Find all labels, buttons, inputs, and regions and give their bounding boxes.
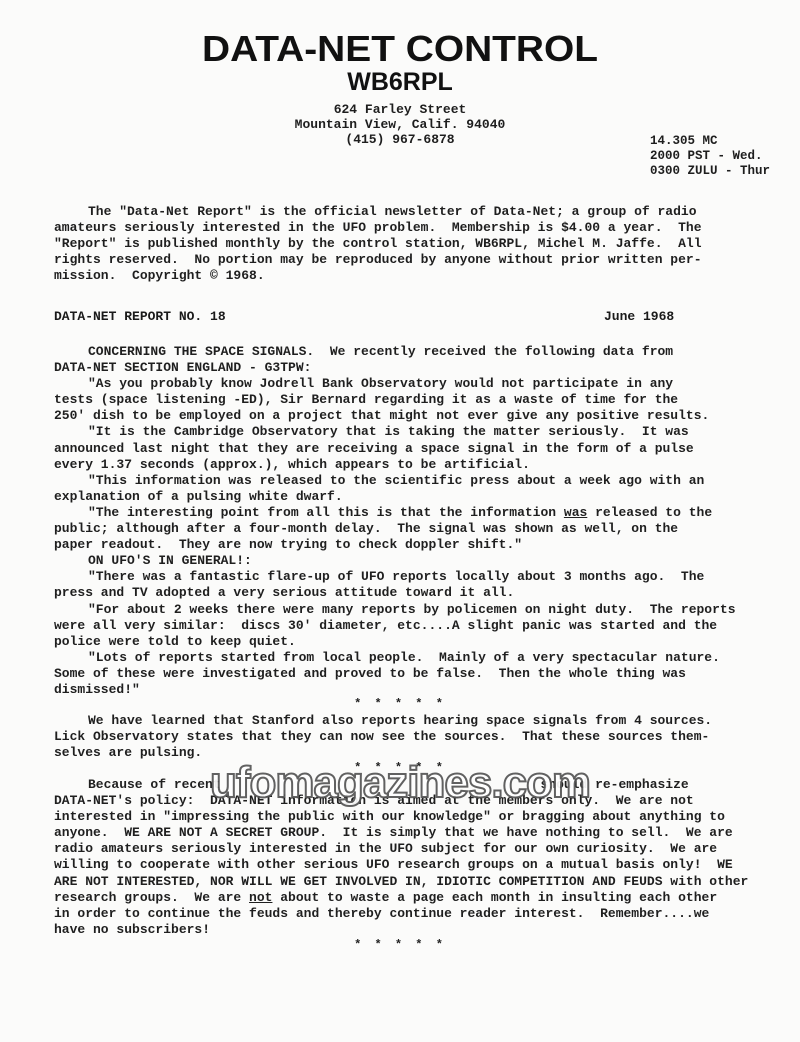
masthead-callsign: WB6RPL [0,68,800,97]
text-line: ON UFO'S IN GENERAL!: [54,553,754,569]
text-line: were all very similar: discs 30' diamete… [54,618,754,634]
report-number: DATA-NET REPORT NO. 18 [54,309,226,324]
text-line: press and TV adopted a very serious atti… [54,585,754,601]
text-line: police were told to keep quiet. [54,634,754,650]
text-line: Lick Observatory states that they can no… [54,729,754,745]
text-line: "It is the Cambridge Observatory that is… [54,424,754,440]
text-line: DATA-NET SECTION ENGLAND - G3TPW: [54,360,754,376]
schedule-frequency: 14.305 MC [650,134,770,149]
intro-line: The "Data-Net Report" is the official ne… [54,204,754,220]
text-line: announced last night that they are recei… [54,441,754,457]
intro-line: mission. Copyright © 1968. [54,268,754,284]
text-line: "As you probably know Jodrell Bank Obser… [54,376,754,392]
text-line: "There was a fantastic flare-up of UFO r… [54,569,754,585]
masthead-title: DATA-NET CONTROL [0,28,800,70]
separator: * * * * * [0,938,800,952]
net-schedule: 14.305 MC 2000 PST - Wed. 0300 ZULU - Th… [650,134,770,179]
text-line: ARE NOT INTERESTED, NOR WILL WE GET INVO… [54,874,754,890]
address-city: Mountain View, Calif. 94040 [0,117,800,132]
report-date: June 1968 [604,309,674,324]
text-line: research groups. We are not about to was… [54,890,754,906]
text-line: public; although after a four-month dela… [54,521,754,537]
text-line: every 1.37 seconds (approx.), which appe… [54,457,754,473]
intro-line: amateurs seriously interested in the UFO… [54,220,754,236]
space-signals-section: CONCERNING THE SPACE SIGNALS. We recentl… [54,344,754,698]
intro-line: "Report" is published monthly by the con… [54,236,754,252]
schedule-zulu: 0300 ZULU - Thur [650,164,770,179]
text-line: "For about 2 weeks there were many repor… [54,602,754,618]
text-line: "The interesting point from all this is … [54,505,754,521]
text-line: CONCERNING THE SPACE SIGNALS. We recentl… [54,344,754,360]
text-line: anyone. WE ARE NOT A SECRET GROUP. It is… [54,825,754,841]
underlined-word: was [564,505,587,520]
text-line: radio amateurs seriously interested in t… [54,841,754,857]
text-line: We have learned that Stanford also repor… [54,713,754,729]
text-line: in order to continue the feuds and there… [54,906,754,922]
text-line: tests (space listening -ED), Sir Bernard… [54,392,754,408]
schedule-pst: 2000 PST - Wed. [650,149,770,164]
text-line: have no subscribers! [54,922,754,938]
text-line: interested in "impressing the public wit… [54,809,754,825]
separator: * * * * * [0,697,800,711]
text-line: dismissed!" [54,682,754,698]
text-line: willing to cooperate with other serious … [54,857,754,873]
watermark: ufomagazines.com [0,758,800,808]
text-line: 250' dish to be employed on a project th… [54,408,754,424]
underlined-word: not [249,890,272,905]
text-line: Some of these were investigated and prov… [54,666,754,682]
text-line: "This information was released to the sc… [54,473,754,489]
text-line: paper readout. They are now trying to ch… [54,537,754,553]
intro-line: rights reserved. No portion may be repro… [54,252,754,268]
stanford-section: We have learned that Stanford also repor… [54,713,754,761]
text-line: explanation of a pulsing white dwarf. [54,489,754,505]
text-line: "Lots of reports started from local peop… [54,650,754,666]
address-street: 624 Farley Street [0,102,800,117]
intro-paragraph: The "Data-Net Report" is the official ne… [54,204,754,284]
